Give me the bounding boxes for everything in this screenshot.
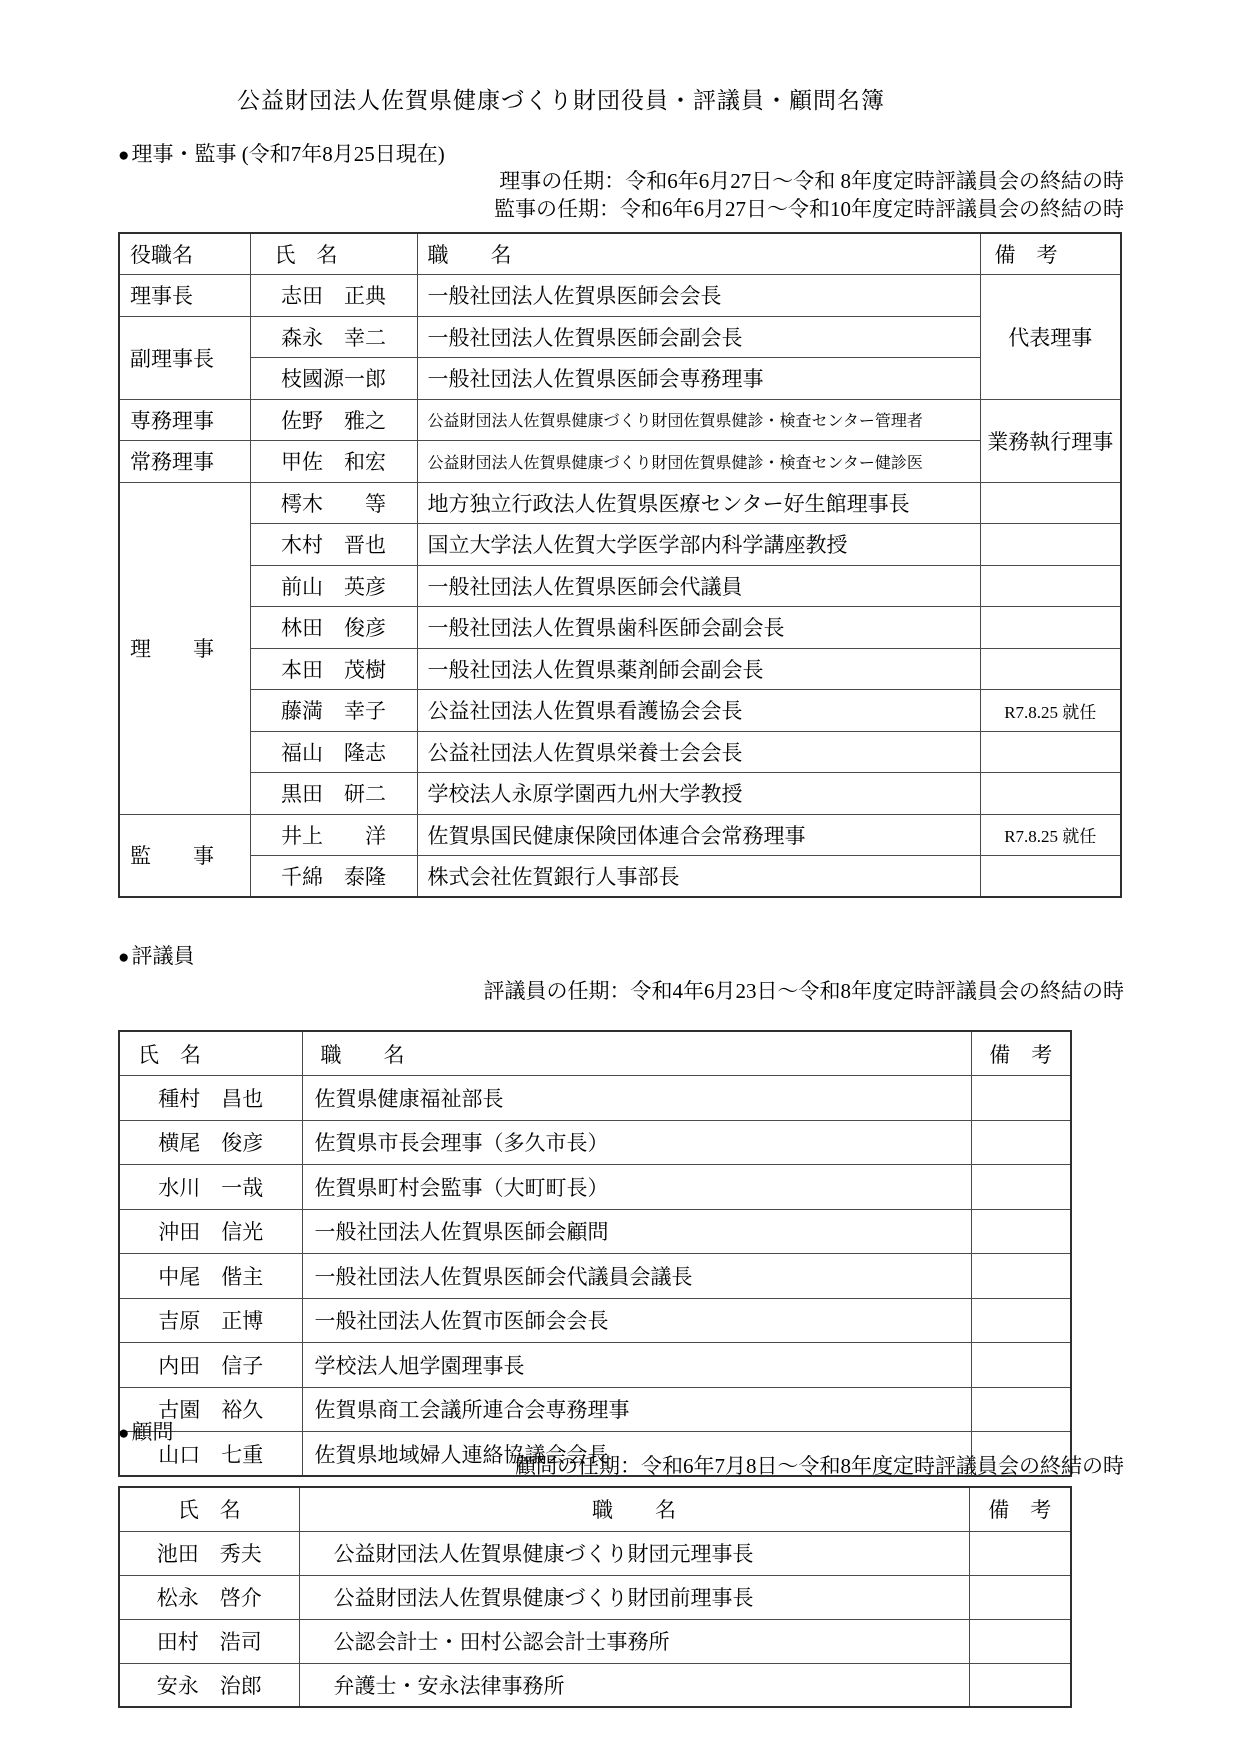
note-cell — [969, 1663, 1071, 1707]
duty-cell: 佐賀県商工会議所連合会専務理事 — [302, 1387, 971, 1432]
duty-cell: 佐賀県国民健康保険団体連合会常務理事 — [417, 814, 980, 856]
position-cell: 理 事 — [119, 482, 250, 814]
duty-cell: 公益財団法人佐賀県健康づくり財団元理事長 — [299, 1531, 969, 1575]
section-heading-advisors-text: 顧問 — [131, 1420, 173, 1444]
duty-cell: 一般社団法人佐賀県医師会代議員 — [417, 565, 980, 607]
table-row: 理事長志田 正典一般社団法人佐賀県医師会会長代表理事 — [119, 275, 1121, 317]
note-cell — [980, 524, 1121, 566]
note-cell — [971, 1254, 1071, 1299]
table-row: 千綿 泰隆株式会社佐賀銀行人事部長 — [119, 856, 1121, 898]
column-header: 職 名 — [299, 1487, 969, 1531]
table-row: 種村 昌也佐賀県健康福祉部長 — [119, 1076, 1071, 1121]
note-cell: 業務執行理事 — [980, 399, 1121, 482]
column-header: 氏 名 — [250, 233, 417, 275]
name-cell: 内田 信子 — [119, 1343, 302, 1388]
table-row: 福山 隆志公益社団法人佐賀県栄養士会会長 — [119, 731, 1121, 773]
officers-term-lines: 理事の任期：令和6年6月27日～令和 8年度定時評議員会の終結の時 監事の任期：… — [118, 167, 1124, 223]
table-row: 沖田 信光一般社団法人佐賀県医師会顧問 — [119, 1209, 1071, 1254]
table-row: 吉原 正博一般社団法人佐賀市医師会会長 — [119, 1298, 1071, 1343]
name-cell: 松永 啓介 — [119, 1575, 299, 1619]
column-header: 氏 名 — [119, 1487, 299, 1531]
duty-cell: 一般社団法人佐賀県歯科医師会副会長 — [417, 607, 980, 649]
table-row: 内田 信子学校法人旭学園理事長 — [119, 1343, 1071, 1388]
table-row: 池田 秀夫公益財団法人佐賀県健康づくり財団元理事長 — [119, 1531, 1071, 1575]
name-cell: 佐野 雅之 — [250, 399, 417, 441]
note-cell — [980, 607, 1121, 649]
table-row: 古園 裕久佐賀県商工会議所連合会専務理事 — [119, 1387, 1071, 1432]
name-cell: 井上 洋 — [250, 814, 417, 856]
name-cell: 中尾 偕主 — [119, 1254, 302, 1299]
name-cell: 吉原 正博 — [119, 1298, 302, 1343]
note-cell — [971, 1120, 1071, 1165]
note-cell — [980, 773, 1121, 815]
name-cell: 黒田 研二 — [250, 773, 417, 815]
table-row: 松永 啓介公益財団法人佐賀県健康づくり財団前理事長 — [119, 1575, 1071, 1619]
duty-cell: 一般社団法人佐賀県医師会専務理事 — [417, 358, 980, 400]
section-heading-councilors: ●評議員 — [118, 940, 194, 970]
name-cell: 木村 晋也 — [250, 524, 417, 566]
table-row: 田村 浩司公認会計士・田村公認会計士事務所 — [119, 1619, 1071, 1663]
note-cell — [971, 1076, 1071, 1121]
duty-cell: 佐賀県健康福祉部長 — [302, 1076, 971, 1121]
table-row: 本田 茂樹一般社団法人佐賀県薬剤師会副会長 — [119, 648, 1121, 690]
document-page: 公益財団法人佐賀県健康づくり財団役員・評議員・顧問名簿 ●理事・監事 (令和7年… — [0, 0, 1241, 1755]
table-row: 林田 俊彦一般社団法人佐賀県歯科医師会副会長 — [119, 607, 1121, 649]
note-cell — [980, 648, 1121, 690]
duty-cell: 一般社団法人佐賀県医師会副会長 — [417, 316, 980, 358]
name-cell: 枝國源一郎 — [250, 358, 417, 400]
column-header: 備 考 — [971, 1031, 1071, 1076]
note-cell — [971, 1298, 1071, 1343]
name-cell: 森永 幸二 — [250, 316, 417, 358]
table-row: 専務理事佐野 雅之公益財団法人佐賀県健康づくり財団佐賀県健診・検査センター管理者… — [119, 399, 1121, 441]
name-cell: 志田 正典 — [250, 275, 417, 317]
duty-cell: 一般社団法人佐賀県薬剤師会副会長 — [417, 648, 980, 690]
header-row: 役職名氏 名職 名備 考 — [119, 233, 1121, 275]
name-cell: 種村 昌也 — [119, 1076, 302, 1121]
note-cell — [980, 856, 1121, 898]
column-header: 氏 名 — [119, 1031, 302, 1076]
duty-cell: 佐賀県町村会監事（大町町長） — [302, 1165, 971, 1210]
section-heading-advisors: ●顧問 — [118, 1416, 173, 1446]
note-cell — [969, 1575, 1071, 1619]
name-cell: 甲佐 和宏 — [250, 441, 417, 483]
table-row: 監 事井上 洋佐賀県国民健康保険団体連合会常務理事R7.8.25 就任 — [119, 814, 1121, 856]
table-row: 副理事長森永 幸二一般社団法人佐賀県医師会副会長 — [119, 316, 1121, 358]
table-row: 安永 治郎弁護士・安永法律事務所 — [119, 1663, 1071, 1707]
name-cell: 池田 秀夫 — [119, 1531, 299, 1575]
name-cell: 本田 茂樹 — [250, 648, 417, 690]
note-cell — [971, 1209, 1071, 1254]
name-cell: 藤満 幸子 — [250, 690, 417, 732]
column-header: 役職名 — [119, 233, 250, 275]
term-line: 顧問の任期：令和6年7月8日～令和8年度定時評議員会の終結の時 — [118, 1452, 1124, 1480]
bullet-icon: ● — [118, 1423, 129, 1444]
duty-cell: 一般社団法人佐賀県医師会会長 — [417, 275, 980, 317]
name-cell: 田村 浩司 — [119, 1619, 299, 1663]
note-cell — [969, 1619, 1071, 1663]
column-header: 職 名 — [302, 1031, 971, 1076]
section-heading-councilors-text: 評議員 — [131, 944, 194, 968]
position-cell: 監 事 — [119, 814, 250, 897]
note-cell — [969, 1531, 1071, 1575]
column-header: 備 考 — [969, 1487, 1071, 1531]
term-line: 監事の任期：令和6年6月27日～令和10年度定時評議員会の終結の時 — [118, 195, 1124, 223]
duty-cell: 一般社団法人佐賀県医師会代議員会議長 — [302, 1254, 971, 1299]
name-cell: 横尾 俊彦 — [119, 1120, 302, 1165]
name-cell: 安永 治郎 — [119, 1663, 299, 1707]
duty-cell: 一般社団法人佐賀市医師会会長 — [302, 1298, 971, 1343]
name-cell: 沖田 信光 — [119, 1209, 302, 1254]
name-cell: 前山 英彦 — [250, 565, 417, 607]
note-cell: R7.8.25 就任 — [980, 814, 1121, 856]
councilors-term-lines: 評議員の任期：令和4年6月23日～令和8年度定時評議員会の終結の時 — [118, 977, 1124, 1005]
duty-cell: 佐賀県市長会理事（多久市長） — [302, 1120, 971, 1165]
duty-cell: 公益財団法人佐賀県健康づくり財団佐賀県健診・検査センター管理者 — [417, 399, 980, 441]
name-cell: 千綿 泰隆 — [250, 856, 417, 898]
name-cell: 樗木 等 — [250, 482, 417, 524]
duty-cell: 学校法人永原学園西九州大学教授 — [417, 773, 980, 815]
table-row: 黒田 研二学校法人永原学園西九州大学教授 — [119, 773, 1121, 815]
name-cell: 林田 俊彦 — [250, 607, 417, 649]
document-title: 公益財団法人佐賀県健康づくり財団役員・評議員・顧問名簿 — [0, 82, 1122, 115]
table-row: 藤満 幸子公益社団法人佐賀県看護協会会長R7.8.25 就任 — [119, 690, 1121, 732]
note-cell — [971, 1343, 1071, 1388]
officers-table: 役職名氏 名職 名備 考理事長志田 正典一般社団法人佐賀県医師会会長代表理事副理… — [118, 232, 1122, 898]
duty-cell: 公認会計士・田村公認会計士事務所 — [299, 1619, 969, 1663]
term-line: 理事の任期：令和6年6月27日～令和 8年度定時評議員会の終結の時 — [118, 167, 1124, 195]
table-row: 理 事樗木 等地方独立行政法人佐賀県医療センター好生館理事長 — [119, 482, 1121, 524]
duty-cell: 公益財団法人佐賀県健康づくり財団佐賀県健診・検査センター健診医 — [417, 441, 980, 483]
duty-cell: 弁護士・安永法律事務所 — [299, 1663, 969, 1707]
table-row: 常務理事甲佐 和宏公益財団法人佐賀県健康づくり財団佐賀県健診・検査センター健診医 — [119, 441, 1121, 483]
advisors-term-lines: 顧問の任期：令和6年7月8日～令和8年度定時評議員会の終結の時 — [118, 1452, 1124, 1480]
name-cell: 福山 隆志 — [250, 731, 417, 773]
position-cell: 専務理事 — [119, 399, 250, 441]
section-heading-officers-text: 理事・監事 (令和7年8月25日現在) — [131, 142, 444, 166]
note-cell: R7.8.25 就任 — [980, 690, 1121, 732]
councilors-table: 氏 名職 名備 考種村 昌也佐賀県健康福祉部長横尾 俊彦佐賀県市長会理事（多久市… — [118, 1030, 1072, 1477]
bullet-icon: ● — [118, 145, 129, 166]
header-row: 氏 名職 名備 考 — [119, 1031, 1071, 1076]
note-cell — [971, 1165, 1071, 1210]
duty-cell: 公益社団法人佐賀県看護協会会長 — [417, 690, 980, 732]
table-row: 木村 晋也国立大学法人佐賀大学医学部内科学講座教授 — [119, 524, 1121, 566]
position-cell: 常務理事 — [119, 441, 250, 483]
bullet-icon: ● — [118, 947, 129, 968]
duty-cell: 公益財団法人佐賀県健康づくり財団前理事長 — [299, 1575, 969, 1619]
column-header: 職 名 — [417, 233, 980, 275]
duty-cell: 地方独立行政法人佐賀県医療センター好生館理事長 — [417, 482, 980, 524]
note-cell — [980, 731, 1121, 773]
note-cell — [980, 482, 1121, 524]
header-row: 氏 名職 名備 考 — [119, 1487, 1071, 1531]
duty-cell: 一般社団法人佐賀県医師会顧問 — [302, 1209, 971, 1254]
table-row: 横尾 俊彦佐賀県市長会理事（多久市長） — [119, 1120, 1071, 1165]
duty-cell: 国立大学法人佐賀大学医学部内科学講座教授 — [417, 524, 980, 566]
table-row: 枝國源一郎一般社団法人佐賀県医師会専務理事 — [119, 358, 1121, 400]
duty-cell: 公益社団法人佐賀県栄養士会会長 — [417, 731, 980, 773]
duty-cell: 株式会社佐賀銀行人事部長 — [417, 856, 980, 898]
table-row: 中尾 偕主一般社団法人佐賀県医師会代議員会議長 — [119, 1254, 1071, 1299]
table-row: 前山 英彦一般社団法人佐賀県医師会代議員 — [119, 565, 1121, 607]
section-heading-officers: ●理事・監事 (令和7年8月25日現在) — [118, 138, 445, 168]
note-cell — [971, 1387, 1071, 1432]
column-header: 備 考 — [980, 233, 1121, 275]
position-cell: 理事長 — [119, 275, 250, 317]
position-cell: 副理事長 — [119, 316, 250, 399]
advisors-table: 氏 名職 名備 考池田 秀夫公益財団法人佐賀県健康づくり財団元理事長松永 啓介公… — [118, 1486, 1072, 1708]
name-cell: 水川 一哉 — [119, 1165, 302, 1210]
note-cell: 代表理事 — [980, 275, 1121, 400]
term-line: 評議員の任期：令和4年6月23日～令和8年度定時評議員会の終結の時 — [118, 977, 1124, 1005]
note-cell — [980, 565, 1121, 607]
duty-cell: 学校法人旭学園理事長 — [302, 1343, 971, 1388]
table-row: 水川 一哉佐賀県町村会監事（大町町長） — [119, 1165, 1071, 1210]
